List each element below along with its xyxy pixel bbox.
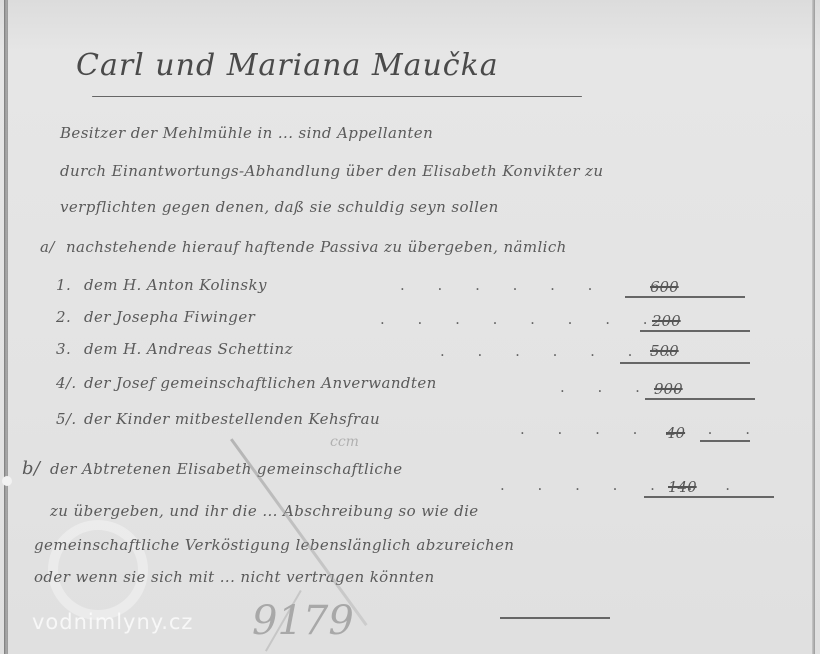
item-amount: 200 [652,312,681,330]
binding-edge-left [4,0,8,654]
paragraph-line: Besitzer der Mehlmühle in ... sind Appel… [60,124,433,142]
section-b-marker: b/ [22,458,40,479]
pencil-marginal-note: ccm [330,434,359,450]
item-text: der Josepha Fiwinger [84,308,255,326]
item-text: der Josef gemeinschaftlichen Anverwandte… [84,374,437,392]
watermark-text: vodnimlyny.cz [32,610,193,634]
leader-dots: . . . . . . . . [380,310,662,328]
section-b-line: gemeinschaftliche Verköstigung lebenslän… [34,536,514,554]
amount-underline [625,296,745,298]
amount-underline [700,440,750,442]
amount-underline [620,362,750,364]
paragraph-line: verpflichten gegen denen, daß sie schuld… [60,198,499,216]
item-number: 5/. [56,410,77,428]
page-edge-right [812,0,815,654]
leader-dots: . . . . . . . [500,476,744,494]
item-number: 4/. [56,374,77,392]
item-text: dem H. Anton Kolinsky [84,276,267,294]
amount-underline [644,496,774,498]
item-number: 2. [56,308,71,326]
section-a-marker: a/ [40,238,55,256]
item-text: der Kinder mitbestellenden Kehsfrau [84,410,380,428]
amount-underline [640,330,750,332]
paragraph-line: durch Einantwortungs-Abhandlung über den… [60,162,603,180]
item-amount: 40 [666,424,685,442]
item-text: dem H. Andreas Schettinz [84,340,293,358]
item-amount: 600 [650,278,679,296]
title-underline [92,96,582,97]
leader-dots: . . . . . . [400,276,606,294]
leader-dots: . . . . . . . [440,342,684,360]
item-number: 1. [56,276,71,294]
item-number: 3. [56,340,71,358]
section-b-line: oder wenn sie sich mit ... nicht vertrag… [34,568,435,586]
section-b-amount: 140 [668,478,697,496]
section-a-heading: nachstehende hierauf haftende Passiva zu… [66,238,567,256]
document-title: Carl und Mariana Maučka [76,48,499,83]
amount-underline [645,398,755,400]
item-amount: 500 [650,342,679,360]
leader-dots: . . . . . . . [520,420,764,438]
section-b-line: der Abtretenen Elisabeth gemeinschaftlic… [50,460,403,478]
closing-rule [500,617,610,619]
document-page: Carl und Mariana Maučka Besitzer der Meh… [0,0,820,654]
binding-notch [2,476,12,486]
item-amount: 900 [654,380,683,398]
section-b-line: zu übergeben, und ihr die ... Abschreibu… [50,502,479,520]
pencil-annotation-number: 9179 [252,598,354,644]
